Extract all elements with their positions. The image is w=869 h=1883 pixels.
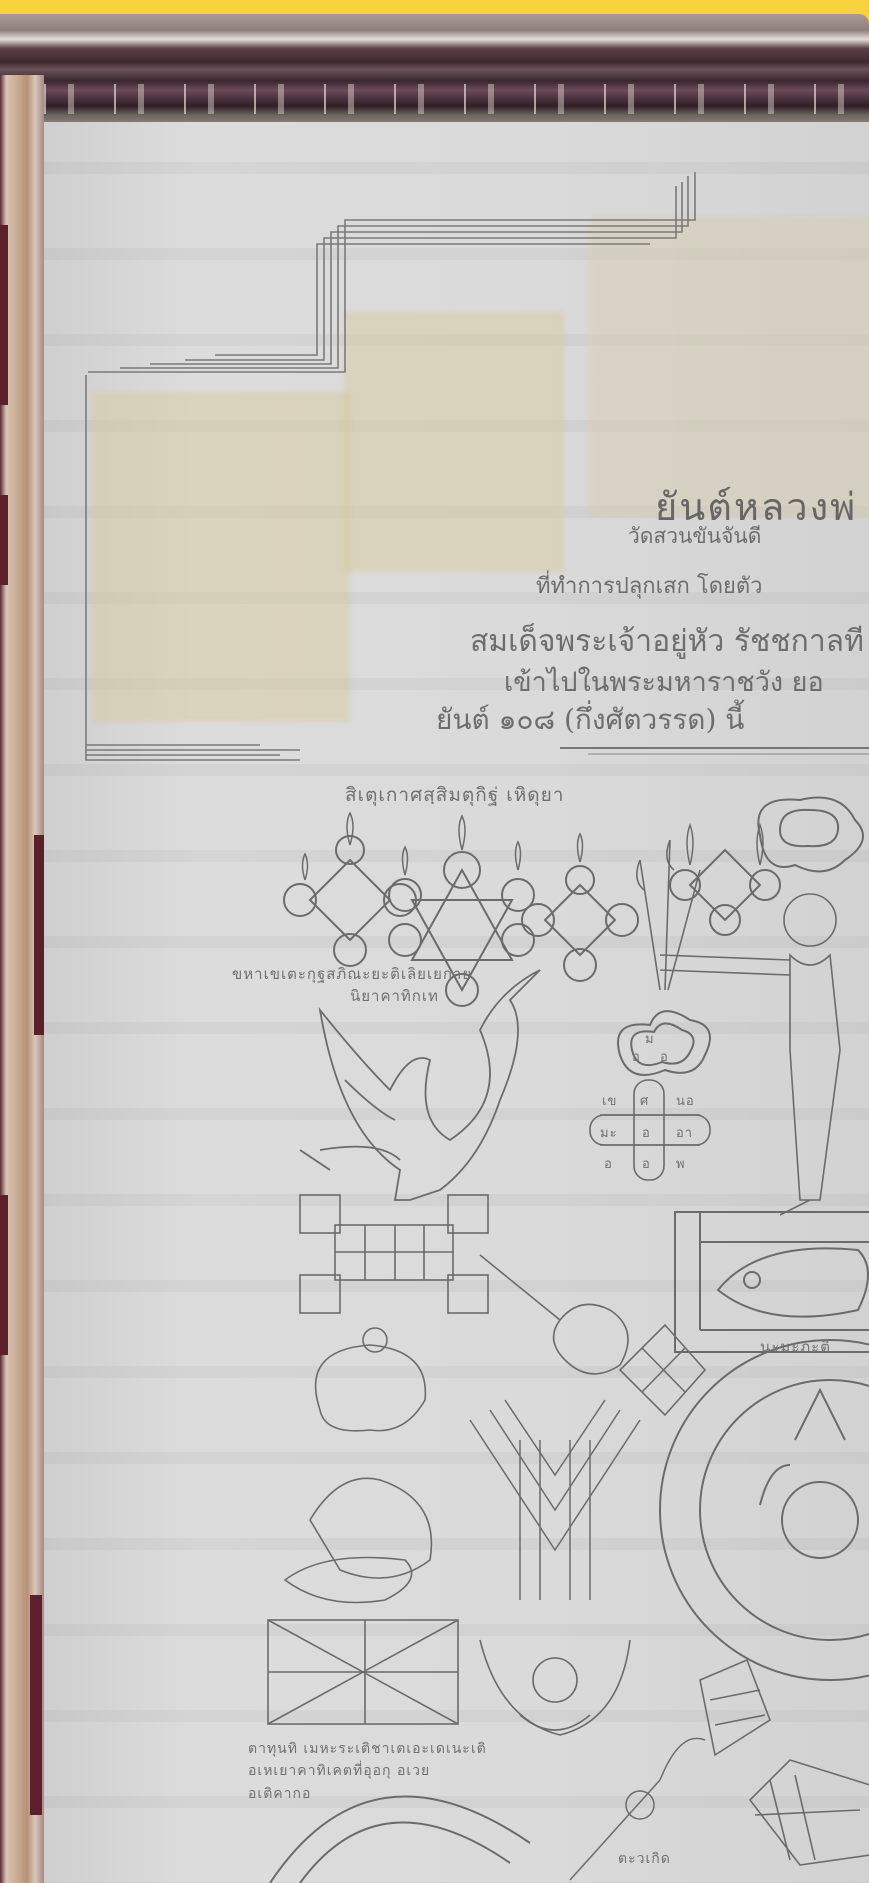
fish-panel [675,1212,869,1352]
fish-caption: นะมะภะติ [760,1335,831,1359]
khom-header: สิเตุเกาศสฺสิมตุกิฐ่ เหิดุยา [345,780,564,810]
cloud-glyph: ม [645,1028,655,1049]
grid-glyph: อ [642,1153,651,1174]
grid-glyph: อา [676,1122,693,1143]
grid-glyph: พ [676,1153,686,1174]
palace-line: เข้าไปในพระมหาราชวัง ยอ [504,660,824,703]
diagonal-grid-yantra [268,1620,458,1724]
grid-glyph: มะ [600,1122,618,1143]
temple-name: วัดสวนขันจันดี [628,520,761,553]
grid-glyph: อ [642,1122,651,1143]
warrior-figure-drawing [285,1328,431,1603]
king-line: สมเด็จพระเจ้าอยู่หัว รัชชกาลที [470,618,864,665]
knot-yantra-right [522,866,638,981]
bottom-caption: อเติคากอ [248,1783,311,1805]
cloud-glyph: อ [660,1046,669,1067]
deva-medallion [660,1340,869,1680]
cloud-glyph: อ [632,1046,641,1067]
bottom-caption: ตาทุนทิ เมหะระเติชาเตเอะเดเนะเติ [248,1738,487,1760]
grid-glyph: อ [604,1153,613,1174]
hand-grid-yantra [750,1760,869,1865]
yantra-108-line: ยันต์ ๑๐๘ (กึ่งศัตวรรด) นี้ [436,698,744,742]
consecration-line: ที่ทำการปลุกเสก โดยตัว [536,568,763,603]
khom-caption: นิยาคาทิกเท [350,984,439,1008]
grid-glyph: ศ [640,1090,649,1111]
grid-glyph: นอ [676,1090,695,1111]
deva-head-diamond-yantra [480,1255,705,1415]
bird-grid-yantra [300,1195,488,1313]
garuda-bowl-drawing [480,1640,630,1735]
yantra-line-art [0,0,869,1883]
candle-glyphs [303,813,764,880]
khom-caption: ขหาเขเตะกุฐสภิณะยะติเลิยเยกาย [232,962,472,986]
deva-figure-drawing [660,894,840,1215]
grid-glyph: เข [602,1090,617,1111]
diamond-grid-yantra [700,1660,770,1755]
bottom-arc-yantra [270,1796,530,1883]
bottom-label: ตะวเกิด [618,1848,671,1870]
cloud-yantra-top [758,798,863,872]
bottom-caption: อเหเยาคาทิเคตที่อุอกุ อเวย [248,1760,430,1782]
tiered-pyramid-yantra [470,1400,640,1600]
